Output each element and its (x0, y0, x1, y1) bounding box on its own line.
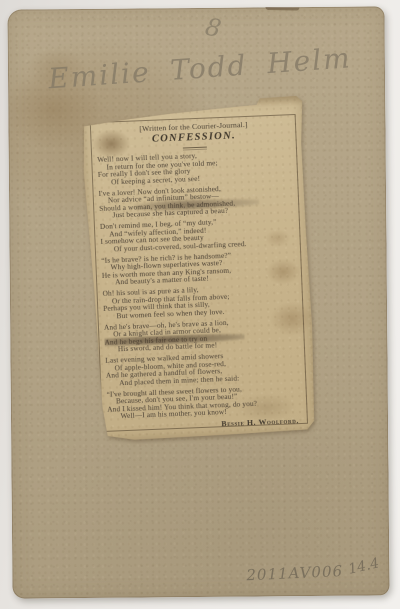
accession-number: 2011AV006 (246, 563, 343, 583)
poem-stanza: I've a lover! Now don't look astonished,… (98, 182, 294, 220)
poem-stanza: Well! now I will tell you a story, In re… (97, 148, 293, 186)
clipping-paper: [Written for the Courier-Journal.] CONFE… (81, 96, 316, 442)
scan-background: { "handwriting": { "top_number": "8", "n… (0, 0, 400, 609)
poem-stanza: Last evening we walked amid showers Of a… (105, 349, 301, 387)
poem-stanza: “Is he brave? is he rich? is he handsome… (101, 249, 297, 287)
handwritten-name: Emilie Todd Helm (47, 42, 349, 97)
poem-stanza: Don't remind me, I beg, of “my duty,” An… (100, 215, 296, 253)
handwritten-number: 8 (203, 15, 223, 42)
photo-card-back: 8 Emilie Todd Helm [Written for the Cour… (7, 6, 389, 598)
poem-stanza: “I've brought all these sweet flowers to… (107, 382, 303, 420)
clipping-text-column: [Written for the Courier-Journal.] CONFE… (96, 118, 303, 435)
newspaper-clipping: [Written for the Courier-Journal.] CONFE… (81, 96, 316, 442)
poem-stanza: Oh! his soul is as pure as a lily, Or th… (102, 282, 298, 320)
title-divider-rule (182, 147, 206, 149)
catalog-number: 14.4 (347, 556, 381, 577)
poem-stanza: And he's brave—oh, he's brave as a lion,… (104, 316, 300, 354)
card-edge-chip (265, 7, 299, 11)
